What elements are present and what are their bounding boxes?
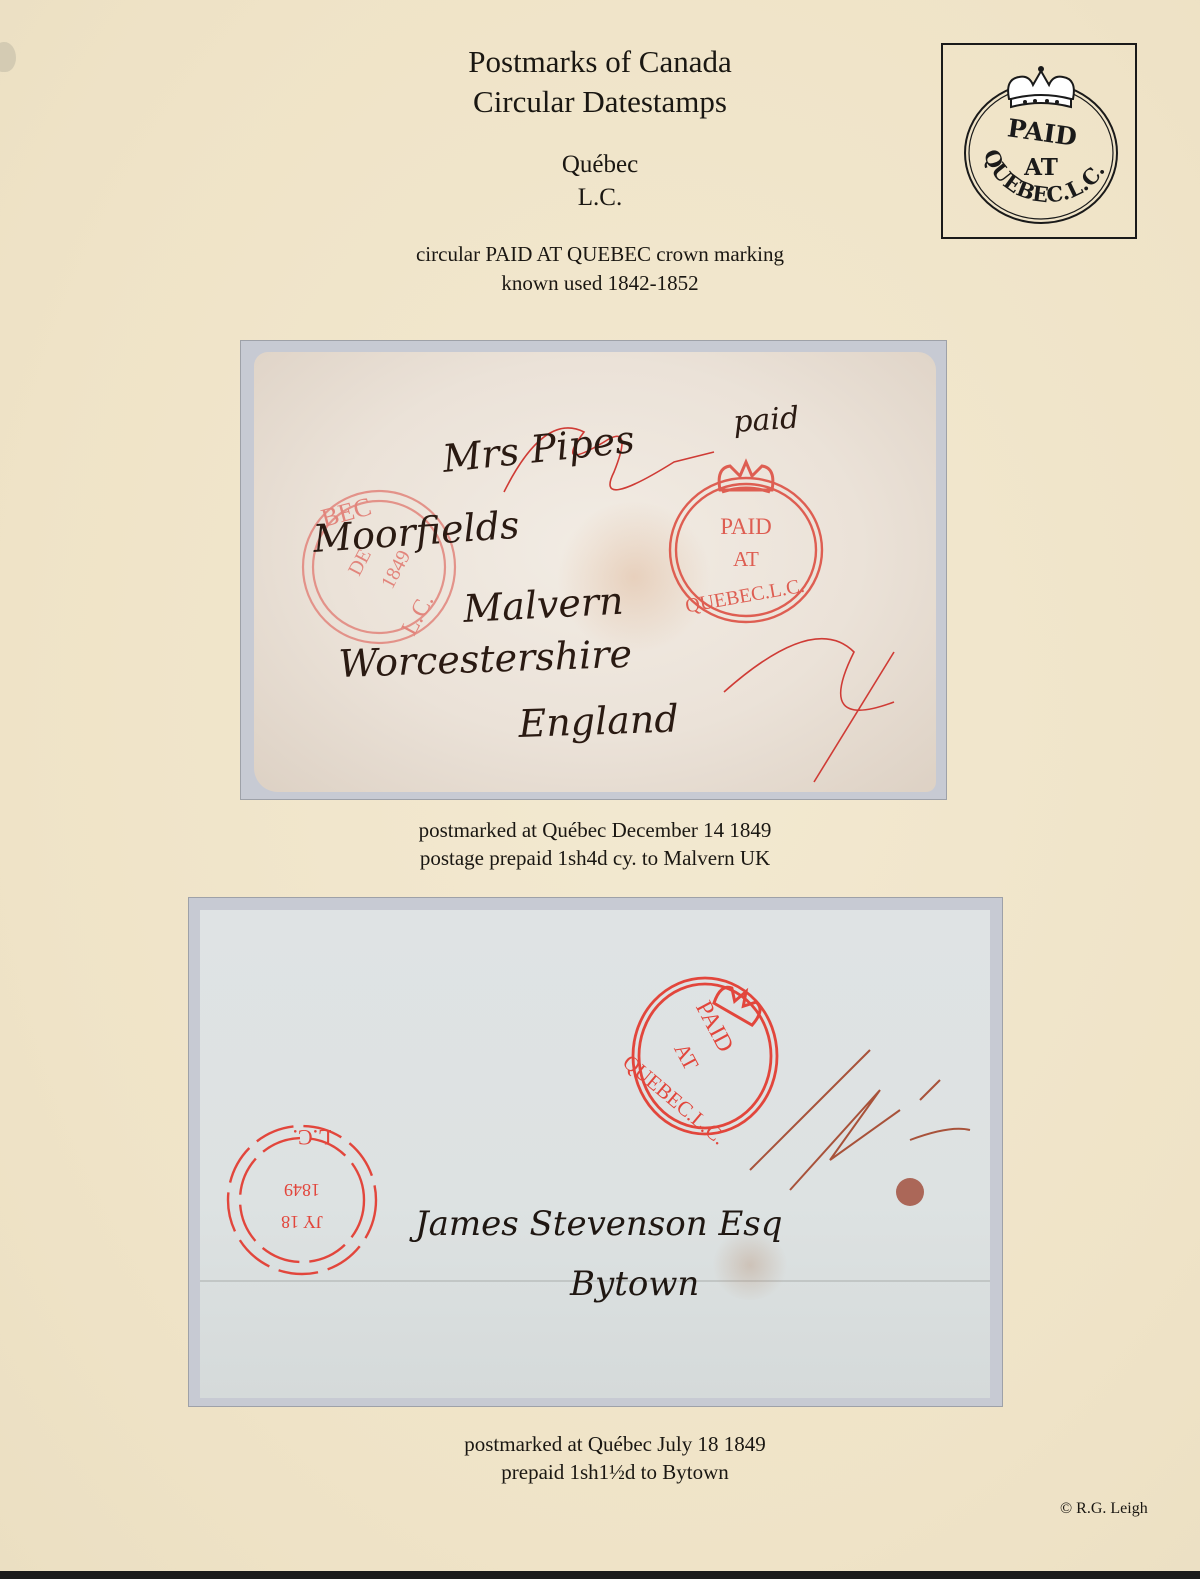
- cover-1-caption: postmarked at Québec December 14 1849 po…: [0, 816, 1190, 872]
- svg-text:Bytown: Bytown: [569, 1264, 699, 1304]
- paid-at-quebec-marking: PAID AT QUEBEC.L.C.: [943, 45, 1139, 241]
- svg-text:L.C.: L.C.: [292, 1125, 331, 1150]
- page-bottom-edge: [0, 1571, 1200, 1579]
- cover-1-caption-line-2: postage prepaid 1sh4d cy. to Malvern UK: [0, 844, 1190, 872]
- description-line-1: circular PAID AT QUEBEC crown marking: [0, 240, 1200, 269]
- svg-text:Mrs Pipes: Mrs Pipes: [439, 417, 636, 481]
- svg-text:Worcestershire: Worcestershire: [338, 632, 633, 686]
- cover-1-caption-line-1: postmarked at Québec December 14 1849: [0, 816, 1190, 844]
- cover-2-caption-line-1: postmarked at Québec July 18 1849: [20, 1430, 1200, 1458]
- svg-text:PAID: PAID: [690, 997, 738, 1057]
- cover-2-caption: postmarked at Québec July 18 1849 prepai…: [20, 1430, 1200, 1486]
- cover-2-folded-letter: PAID AT QUEBEC.L.C. L.C. 1849 JY 18 Jame…: [200, 910, 990, 1398]
- svg-text:1849: 1849: [284, 1180, 320, 1200]
- svg-text:L.C.: L.C.: [396, 590, 439, 640]
- svg-text:AT: AT: [669, 1039, 704, 1075]
- copyright-notice: © R.G. Leigh: [1060, 1500, 1148, 1518]
- rate-mark: [750, 1050, 970, 1190]
- cover-2-caption-line-2: prepaid 1sh1½d to Bytown: [20, 1458, 1200, 1486]
- marking-description: circular PAID AT QUEBEC crown marking kn…: [0, 240, 1200, 298]
- svg-text:AT: AT: [1023, 154, 1058, 181]
- description-line-2: known used 1842-1852: [0, 269, 1200, 298]
- svg-text:PAID: PAID: [720, 514, 772, 539]
- ink-blot: [896, 1178, 924, 1206]
- svg-text:England: England: [517, 696, 680, 746]
- svg-text:JY 18: JY 18: [281, 1212, 323, 1232]
- reference-marking-box: PAID AT QUEBEC.L.C.: [941, 43, 1137, 239]
- svg-text:AT: AT: [733, 547, 759, 571]
- svg-text:James Stevenson Esq: James Stevenson Esq: [409, 1204, 782, 1244]
- svg-text:PAID: PAID: [1006, 113, 1079, 151]
- crown-icon: [1008, 66, 1074, 107]
- svg-text:QUEBEC.L.C.: QUEBEC.L.C.: [618, 1050, 730, 1150]
- cover-1-envelope: BEC DE 1849 L.C. PAID AT QUEBEC.L.C. Mrs…: [254, 352, 936, 792]
- svg-text:Malvern: Malvern: [461, 579, 624, 631]
- svg-text:paid: paid: [732, 400, 800, 440]
